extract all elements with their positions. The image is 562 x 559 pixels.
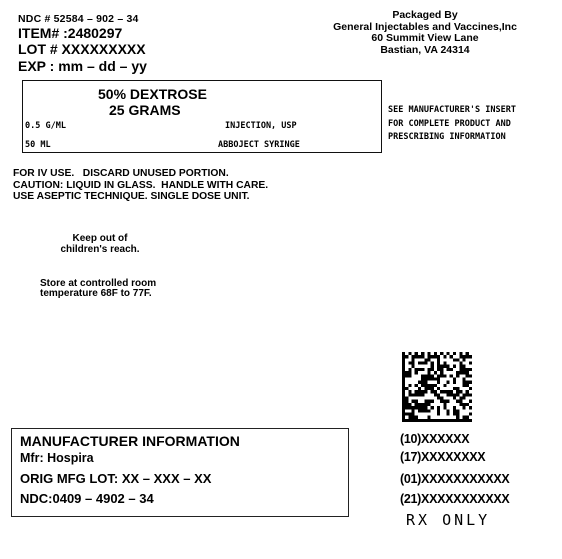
warning-line: FOR IV USE. DISCARD UNUSED PORTION. (13, 168, 268, 180)
children-warning: Keep out of children's reach. (50, 234, 150, 255)
ndc-number: NDC # 52584 – 902 – 34 (18, 13, 139, 25)
gs1-serial: (21)XXXXXXXXXXX (400, 492, 509, 506)
warning-line: USE ASEPTIC TECHNIQUE. SINGLE DOSE UNIT. (13, 191, 268, 203)
insert-note-line: PRESCRIBING INFORMATION (388, 131, 516, 145)
product-name: 50% DEXTROSE (98, 86, 207, 102)
manufacturer-title: MANUFACTURER INFORMATION (20, 433, 240, 449)
product-box: 50% DEXTROSE 25 GRAMS 0.5 G/ML INJECTION… (22, 80, 382, 153)
product-strength: 25 GRAMS (109, 102, 181, 118)
packager-info: Packaged By General Injectables and Vacc… (300, 10, 550, 56)
storage-line: temperature 68F to 77F. (40, 289, 156, 299)
children-warning-line: children's reach. (50, 245, 150, 256)
storage-instructions: Store at controlled room temperature 68F… (40, 279, 156, 299)
packager-heading: Packaged By (300, 10, 550, 22)
insert-note-line: SEE MANUFACTURER'S INSERT (388, 104, 516, 118)
manufacturer-name: Mfr: Hospira (20, 451, 94, 465)
product-volume: 50 ML (25, 140, 51, 150)
manufacturer-box: MANUFACTURER INFORMATION Mfr: Hospira OR… (11, 428, 349, 517)
lot-number: LOT # XXXXXXXXX (18, 41, 146, 57)
product-container: ABBOJECT SYRINGE (218, 140, 300, 150)
item-number: ITEM# :2480297 (18, 25, 122, 41)
product-concentration: 0.5 G/ML (25, 121, 66, 131)
gs1-batch: (10)XXXXXX (400, 432, 469, 446)
usage-warnings: FOR IV USE. DISCARD UNUSED PORTION. CAUT… (13, 168, 268, 203)
gs1-expiry: (17)XXXXXXXX (400, 450, 485, 464)
product-route: INJECTION, USP (225, 121, 297, 131)
expiration-date: EXP : mm – dd – yy (18, 58, 147, 74)
children-warning-line: Keep out of (50, 234, 150, 245)
datamatrix-barcode-icon (402, 352, 472, 422)
rx-only-label: RX ONLY (406, 511, 490, 529)
warning-line: CAUTION: LIQUID IN GLASS. HANDLE WITH CA… (13, 180, 268, 192)
packager-city: Bastian, VA 24314 (300, 45, 550, 57)
gs1-gtin: (01)XXXXXXXXXXX (400, 472, 509, 486)
insert-note-line: FOR COMPLETE PRODUCT AND (388, 118, 516, 132)
insert-note: SEE MANUFACTURER'S INSERT FOR COMPLETE P… (388, 104, 516, 145)
manufacturer-orig-lot: ORIG MFG LOT: XX – XXX – XX (20, 471, 211, 486)
packager-street: 60 Summit View Lane (300, 33, 550, 45)
manufacturer-ndc: NDC:0409 – 4902 – 34 (20, 491, 154, 506)
